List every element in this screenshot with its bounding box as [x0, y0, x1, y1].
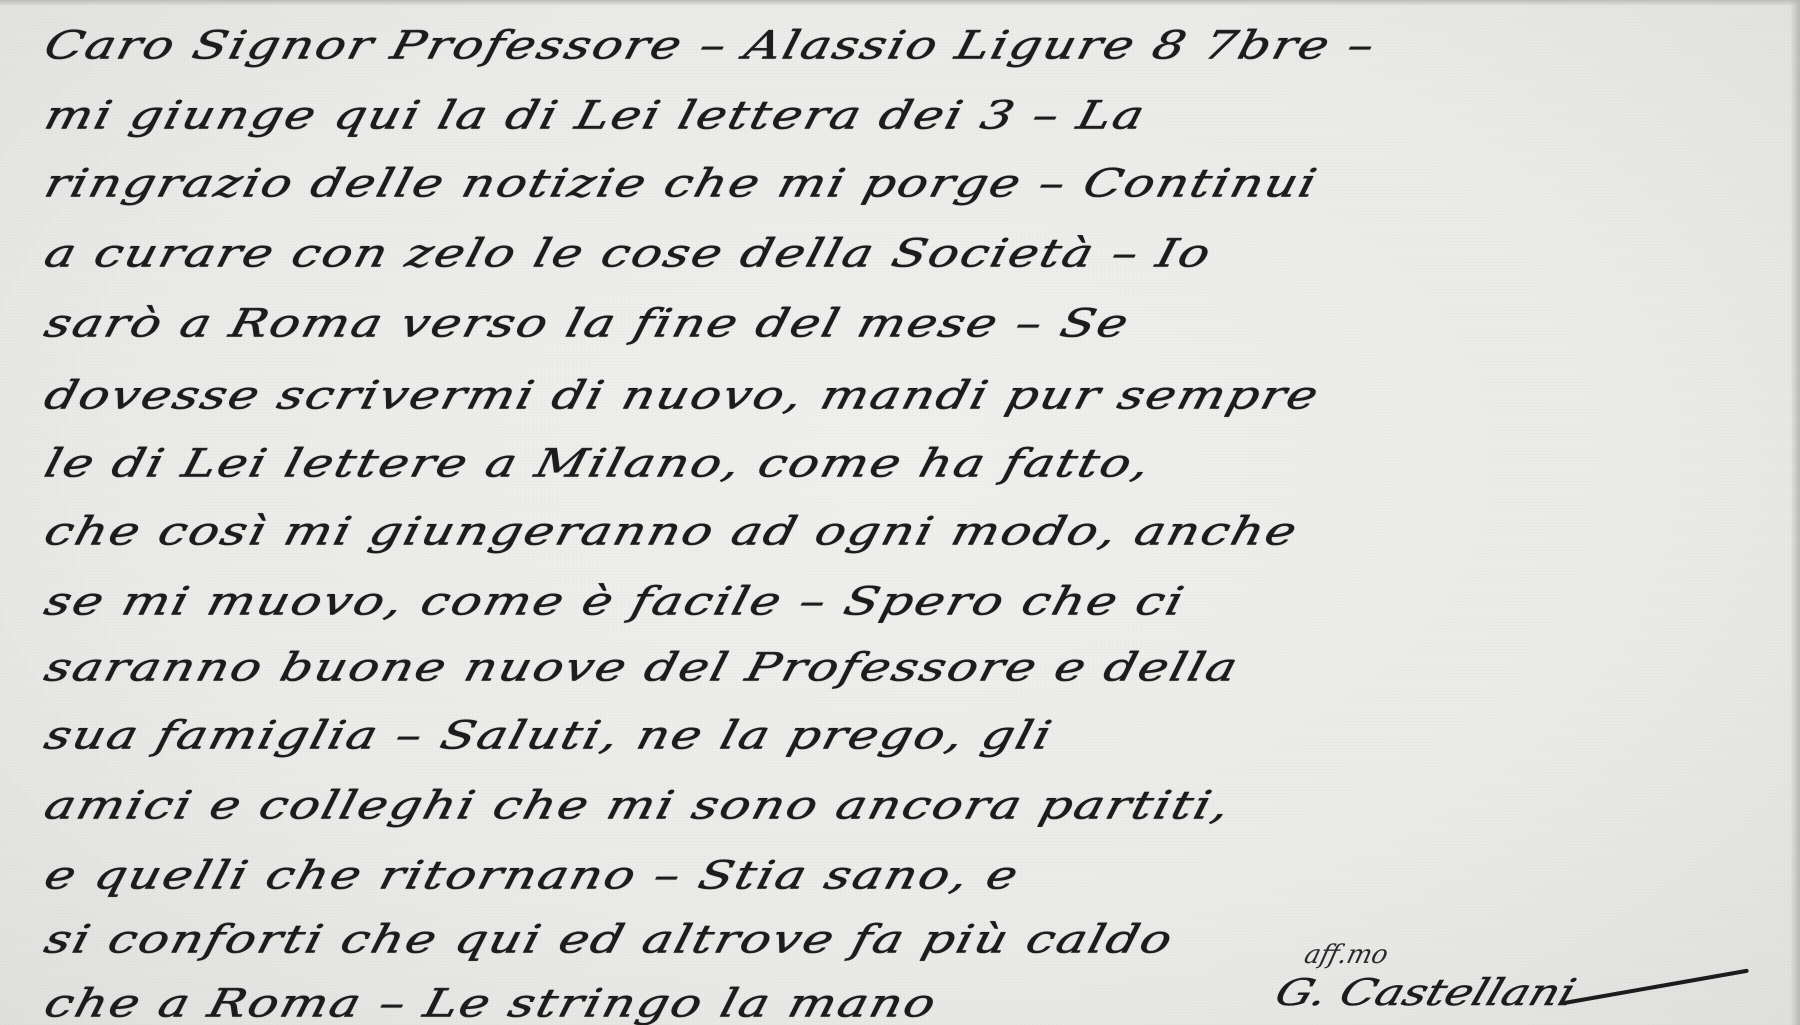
letter-line-14: si conforti che qui ed altrove fa più ca… — [40, 917, 1179, 962]
letter-line-12: amici e colleghi che mi sono ancora part… — [40, 783, 1236, 828]
letter-line-10: saranno buone nuove del Professore e del… — [40, 645, 1244, 690]
scan-edge-right — [1790, 0, 1800, 1025]
signature-flourish — [1561, 969, 1749, 1006]
letter-line-3: ringrazio delle notizie che mi porge – C… — [40, 161, 1323, 206]
signature-salutation: aff.mo — [1301, 940, 1391, 970]
letter-line-8: che così mi giungeranno ad ogni modo, an… — [40, 509, 1303, 554]
letter-line-2: mi giunge qui la di Lei lettera dei 3 – … — [40, 93, 1151, 138]
letter-line-13: e quelli che ritornano – Stia sano, e — [40, 853, 1024, 898]
letter-line-5: sarò a Roma verso la fine del mese – Se — [40, 301, 1135, 346]
letter-page: Caro Signor Professore – Alassio Ligure … — [0, 0, 1800, 1025]
letter-line-15: che a Roma – Le stringo la mano — [40, 981, 942, 1025]
signature: G. Castellani — [1270, 971, 1582, 1014]
letter-line-4: a curare con zelo le cose della Società … — [40, 231, 1217, 276]
letter-line-1: Caro Signor Professore – Alassio Ligure … — [40, 23, 1381, 68]
letter-line-11: sua famiglia – Saluti, ne la prego, gli — [40, 713, 1058, 758]
scan-edge-top — [0, 0, 1800, 6]
letter-line-7: le di Lei lettere a Milano, come ha fatt… — [40, 441, 1156, 486]
letter-line-9: se mi muovo, come è facile – Spero che c… — [40, 579, 1190, 624]
letter-line-6: dovesse scrivermi di nuovo, mandi pur se… — [40, 373, 1325, 418]
